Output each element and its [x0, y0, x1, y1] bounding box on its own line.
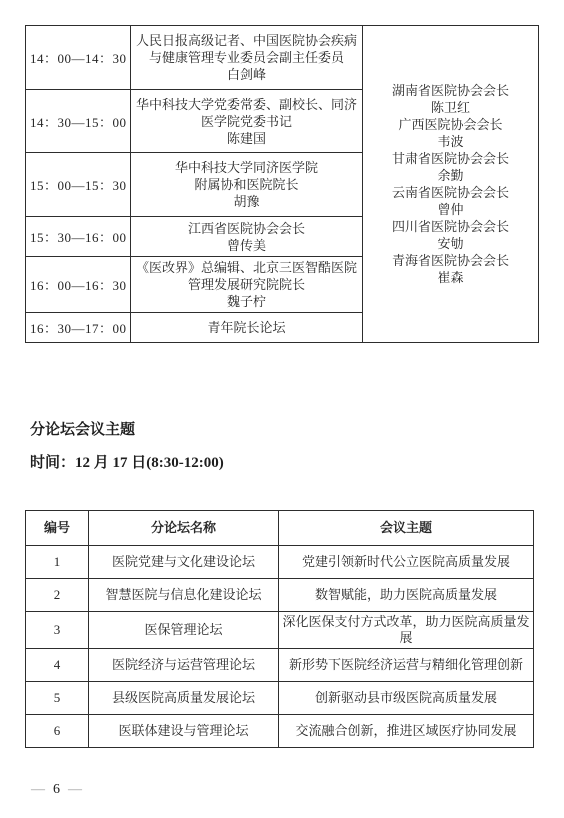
time-slot: 16：00—16：30	[26, 257, 131, 313]
column-header-no: 编号	[26, 511, 89, 546]
footer-dash-left: —	[31, 782, 45, 797]
schedule-row: 14：00—14：30 人民日报高级记者、中国医院协会疾病 与健康管理专业委员会…	[26, 26, 539, 90]
forum-theme: 党建引领新时代公立医院高质量发展	[279, 546, 534, 579]
footer-dash-right: —	[68, 782, 82, 797]
time-slot: 16：30—17：00	[26, 313, 131, 343]
forum-no: 5	[26, 682, 89, 715]
time-slot: 15：00—15：30	[26, 153, 131, 217]
speaker-cell: 《医改界》总编辑、北京三医智酷医院 管理发展研究院院长 魏子柠	[131, 257, 363, 313]
forum-no: 1	[26, 546, 89, 579]
forum-name: 医院党建与文化建设论坛	[89, 546, 279, 579]
speaker-cell: 青年院长论坛	[131, 313, 363, 343]
forum-row: 3 医保管理论坛 深化医保支付方式改革，助力医院高质量发展	[26, 612, 534, 649]
document-page: 14：00—14：30 人民日报高级记者、中国医院协会疾病 与健康管理专业委员会…	[0, 0, 564, 818]
column-header-name: 分论坛名称	[89, 511, 279, 546]
session-time-label: 时间：12 月 17 日(8:30-12:00)	[30, 451, 224, 472]
forum-theme: 交流融合创新，推进区域医疗协同发展	[279, 715, 534, 748]
forum-theme: 创新驱动县市级医院高质量发展	[279, 682, 534, 715]
forum-table-header-row: 编号 分论坛名称 会议主题	[26, 511, 534, 546]
forum-name: 医保管理论坛	[89, 612, 279, 649]
forum-name: 智慧医院与信息化建设论坛	[89, 579, 279, 612]
forum-theme: 深化医保支付方式改革，助力医院高质量发展	[279, 612, 534, 649]
main-forum-schedule-table: 14：00—14：30 人民日报高级记者、中国医院协会疾病 与健康管理专业委员会…	[25, 25, 539, 343]
forum-row: 2 智慧医院与信息化建设论坛 数智赋能，助力医院高质量发展	[26, 579, 534, 612]
moderators-cell: 湖南省医院协会会长 陈卫红 广西医院协会会长 韦波 甘肃省医院协会会长 余勤 云…	[363, 26, 539, 343]
forum-row: 6 医联体建设与管理论坛 交流融合创新，推进区域医疗协同发展	[26, 715, 534, 748]
time-slot: 15：30—16：00	[26, 217, 131, 257]
section-heading: 分论坛会议主题	[30, 418, 135, 439]
forum-name: 县级医院高质量发展论坛	[89, 682, 279, 715]
speaker-cell: 华中科技大学同济医学院 附属协和医院院长 胡豫	[131, 153, 363, 217]
forum-name: 医院经济与运营管理论坛	[89, 649, 279, 682]
forum-no: 6	[26, 715, 89, 748]
time-slot: 14：30—15：00	[26, 90, 131, 153]
forum-name: 医联体建设与管理论坛	[89, 715, 279, 748]
forum-no: 2	[26, 579, 89, 612]
speaker-cell: 江西省医院协会会长 曾传美	[131, 217, 363, 257]
page-footer: —6—	[31, 782, 82, 798]
page-number: 6	[45, 782, 68, 797]
speaker-cell: 华中科技大学党委常委、副校长、同济 医学院党委书记 陈建国	[131, 90, 363, 153]
forum-no: 4	[26, 649, 89, 682]
forum-theme: 数智赋能，助力医院高质量发展	[279, 579, 534, 612]
speaker-cell: 人民日报高级记者、中国医院协会疾病 与健康管理专业委员会副主任委员 白剑峰	[131, 26, 363, 90]
time-slot: 14：00—14：30	[26, 26, 131, 90]
forum-row: 5 县级医院高质量发展论坛 创新驱动县市级医院高质量发展	[26, 682, 534, 715]
column-header-theme: 会议主题	[279, 511, 534, 546]
forum-theme: 新形势下医院经济运营与精细化管理创新	[279, 649, 534, 682]
forum-row: 1 医院党建与文化建设论坛 党建引领新时代公立医院高质量发展	[26, 546, 534, 579]
forum-no: 3	[26, 612, 89, 649]
forum-row: 4 医院经济与运营管理论坛 新形势下医院经济运营与精细化管理创新	[26, 649, 534, 682]
subforum-themes-table: 编号 分论坛名称 会议主题 1 医院党建与文化建设论坛 党建引领新时代公立医院高…	[25, 510, 534, 748]
